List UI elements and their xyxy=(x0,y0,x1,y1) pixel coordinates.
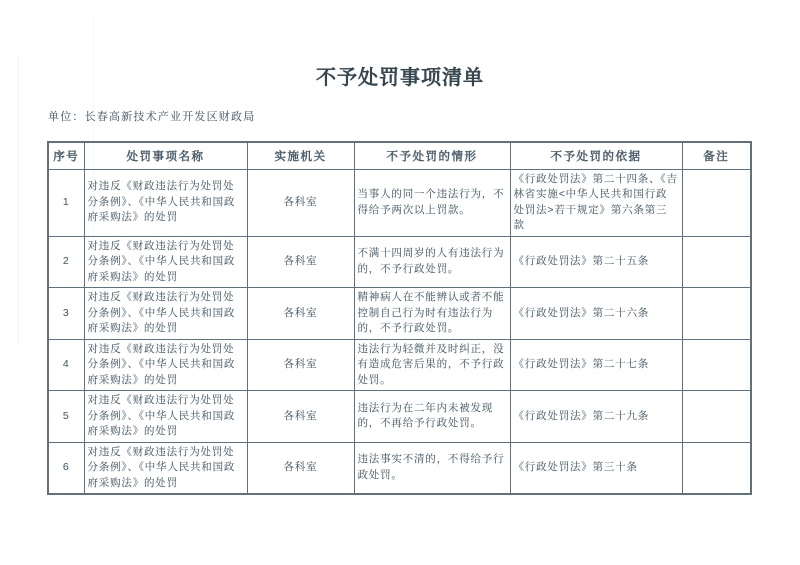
row-name: 对违反《财政违法行为处罚处分条例》、《中华人民共和国政府采购法》的处罚 xyxy=(84,339,247,391)
non-punishment-items-table: 序号 处罚事项名称 实施机关 不予处罚的情形 不予处罚的依据 备注 1 对违反《… xyxy=(47,141,752,495)
column-header-no: 序号 xyxy=(48,142,84,169)
column-header-name: 处罚事项名称 xyxy=(84,142,247,169)
table-row: 1 对违反《财政违法行为处罚处分条例》、《中华人民共和国政府采购法》的处罚 各科… xyxy=(48,169,751,236)
row-basis: 《行政处罚法》第三十条 xyxy=(510,442,682,494)
row-no: 1 xyxy=(48,169,84,236)
row-situation: 违法事实不清的，不得给予行政处罚。 xyxy=(354,442,510,494)
row-situation: 精神病人在不能辨认或者不能控制自己行为时有违法行为的，不予行政处罚。 xyxy=(354,288,510,340)
row-agency: 各科室 xyxy=(247,288,354,340)
row-name: 对违反《财政违法行为处罚处分条例》、《中华人民共和国政府采购法》的处罚 xyxy=(84,391,247,443)
row-agency: 各科室 xyxy=(247,391,354,443)
row-agency: 各科室 xyxy=(247,169,354,236)
row-situation: 违法行为在二年内未被发现的，不再给予行政处罚。 xyxy=(354,391,510,443)
row-basis: 《行政处罚法》第二十五条 xyxy=(510,236,682,288)
row-basis: 《行政处罚法》第二十四条、《吉林省实施<中华人民共和国行政处罚法>若干规定》第六… xyxy=(510,169,682,236)
table-row: 2 对违反《财政违法行为处罚处分条例》、《中华人民共和国政府采购法》的处罚 各科… xyxy=(48,236,751,288)
row-remark xyxy=(682,391,751,443)
row-no: 4 xyxy=(48,339,84,391)
row-agency: 各科室 xyxy=(247,236,354,288)
row-name: 对违反《财政违法行为处罚处分条例》、《中华人民共和国政府采购法》的处罚 xyxy=(84,169,247,236)
row-situation: 当事人的同一个违法行为，不得给予两次以上罚款。 xyxy=(354,169,510,236)
row-remark xyxy=(682,236,751,288)
scanned-document-page: 不予处罚事项清单 单位：长春高新技术产业开发区财政局 序号 处罚事项名称 实施机… xyxy=(0,0,800,565)
scan-artifact-line xyxy=(18,55,19,345)
row-no: 2 xyxy=(48,236,84,288)
row-basis: 《行政处罚法》第二十六条 xyxy=(510,288,682,340)
table-row: 4 对违反《财政违法行为处罚处分条例》、《中华人民共和国政府采购法》的处罚 各科… xyxy=(48,339,751,391)
row-remark xyxy=(682,442,751,494)
row-name: 对违反《财政违法行为处罚处分条例》、《中华人民共和国政府采购法》的处罚 xyxy=(84,236,247,288)
row-situation: 违法行为轻微并及时纠正，没有造成危害后果的，不予行政处罚。 xyxy=(354,339,510,391)
table-row: 6 对违反《财政违法行为处罚处分条例》、《中华人民共和国政府采购法》的处罚 各科… xyxy=(48,442,751,494)
row-remark xyxy=(682,169,751,236)
row-agency: 各科室 xyxy=(247,442,354,494)
row-no: 3 xyxy=(48,288,84,340)
row-no: 6 xyxy=(48,442,84,494)
row-situation: 不满十四周岁的人有违法行为的，不予行政处罚。 xyxy=(354,236,510,288)
row-remark xyxy=(682,339,751,391)
table-row: 3 对违反《财政违法行为处罚处分条例》、《中华人民共和国政府采购法》的处罚 各科… xyxy=(48,288,751,340)
column-header-basis: 不予处罚的依据 xyxy=(510,142,682,169)
row-remark xyxy=(682,288,751,340)
row-no: 5 xyxy=(48,391,84,443)
row-name: 对违反《财政违法行为处罚处分条例》、《中华人民共和国政府采购法》的处罚 xyxy=(84,442,247,494)
column-header-remark: 备注 xyxy=(682,142,751,169)
unit-label: 单位：长春高新技术产业开发区财政局 xyxy=(48,108,255,124)
column-header-situation: 不予处罚的情形 xyxy=(354,142,510,169)
table-row: 5 对违反《财政违法行为处罚处分条例》、《中华人民共和国政府采购法》的处罚 各科… xyxy=(48,391,751,443)
row-basis: 《行政处罚法》第二十七条 xyxy=(510,339,682,391)
table-header-row: 序号 处罚事项名称 实施机关 不予处罚的情形 不予处罚的依据 备注 xyxy=(48,142,751,169)
row-basis: 《行政处罚法》第二十九条 xyxy=(510,391,682,443)
row-agency: 各科室 xyxy=(247,339,354,391)
row-name: 对违反《财政违法行为处罚处分条例》、《中华人民共和国政府采购法》的处罚 xyxy=(84,288,247,340)
document-title: 不予处罚事项清单 xyxy=(0,61,800,90)
column-header-agency: 实施机关 xyxy=(247,142,354,169)
